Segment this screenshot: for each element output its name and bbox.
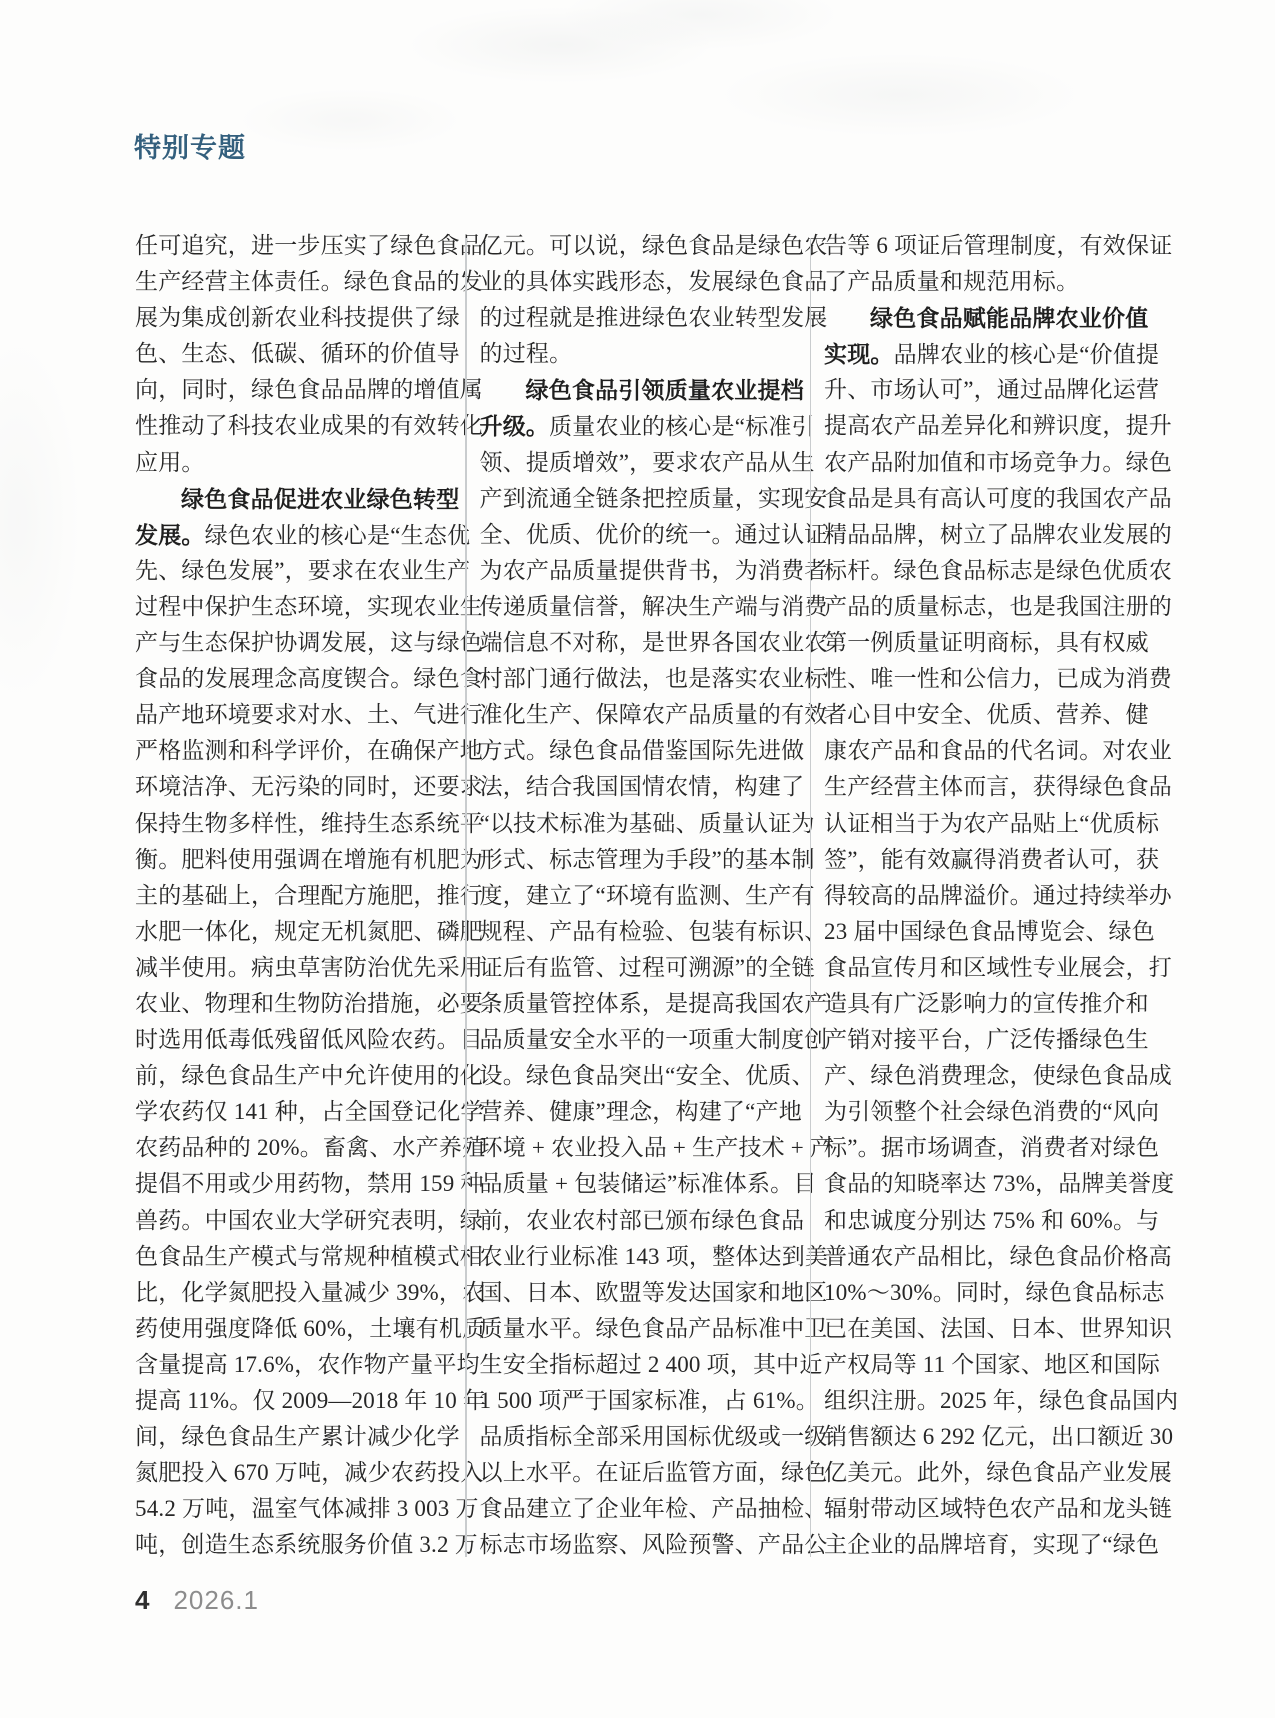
paragraph-lead: 绿色食品赋能品牌农业价值 <box>870 305 1148 331</box>
text-line: 54.2 万吨，温室气体减排 3 003 万 <box>135 1491 452 1527</box>
text-line: 环境 + 农业投入品 + 生产技术 + 产 <box>480 1130 797 1166</box>
text-line: 第一例质量证明商标，具有权威 <box>824 625 1141 661</box>
text-line: 形式、标志管理为手段”的基本制 <box>480 842 797 878</box>
text-line: 营养、健康”理念，构建了“产地 <box>480 1094 797 1130</box>
text-line: 绿色食品引领质量农业提档 <box>480 372 797 408</box>
text-line: 品质量安全水平的一项重大制度创 <box>480 1022 797 1058</box>
text-line: 的过程就是推进绿色农业转型发展 <box>480 300 797 336</box>
text-line: 比，化学氮肥投入量减少 39%，农 <box>135 1275 452 1311</box>
paragraph-lead: 升级。 <box>480 413 550 439</box>
text-line: 衡。肥料使用强调在增施有机肥为 <box>135 842 452 878</box>
text-line: 造具有广泛影响力的宣传推介和 <box>824 986 1141 1022</box>
text-line: 生产经营主体责任。绿色食品的发 <box>135 264 452 300</box>
text-line: 主企业的品牌培育，实现了“绿色 <box>824 1527 1141 1563</box>
text-line: 含量提高 17.6%，农作物产量平均 <box>135 1347 452 1383</box>
text-line: 康农产品和食品的代名词。对农业 <box>824 733 1141 769</box>
text-column: 亿元。可以说，绿色食品是绿色农业的具体实践形态，发展绿色食品的过程就是推进绿色农… <box>480 228 797 1563</box>
text-line: 提高 11%。仅 2009—2018 年 10 年 <box>135 1383 452 1419</box>
paragraph-lead: 绿色食品引领质量农业提档 <box>526 377 804 403</box>
text-line: 学农药仅 141 种，占全国登记化学 <box>135 1094 452 1130</box>
text-line: 农业、物理和生物防治措施，必要 <box>135 986 452 1022</box>
text-line: 任可追究，进一步压实了绿色食品 <box>135 228 452 264</box>
text-line: 减半使用。病虫草害防治优先采用 <box>135 950 452 986</box>
page-number: 4 <box>135 1585 149 1616</box>
text-line: 吨，创造生态系统服务价值 3.2 万 <box>135 1527 452 1563</box>
paragraph-lead: 绿色食品促进农业绿色转型 <box>181 486 459 512</box>
text-line: 产权局等 11 个国家、地区和国际 <box>824 1347 1141 1383</box>
article-body: 任可追究，进一步压实了绿色食品生产经营主体责任。绿色食品的发展为集成创新农业科技… <box>135 228 1141 1563</box>
text-line: 保持生物多样性，维持生态系统平 <box>135 806 452 842</box>
text-line: 性推动了科技农业成果的有效转化 <box>135 408 452 444</box>
text-line: 已在美国、法国、日本、世界知识 <box>824 1311 1141 1347</box>
paragraph-lead: 实现。 <box>824 341 894 367</box>
text-line: 升、市场认可”，通过品牌化运营 <box>824 372 1141 408</box>
text-line: 展为集成创新农业科技提供了绿 <box>135 300 452 336</box>
text-line: 色食品生产模式与常规种植模式相 <box>135 1239 452 1275</box>
text-line: 质量水平。绿色食品产品标准中卫 <box>480 1311 797 1347</box>
magazine-page: 特别专题 任可追究，进一步压实了绿色食品生产经营主体责任。绿色食品的发展为集成创… <box>0 0 1275 1718</box>
text-line: 产品的质量标志，也是我国注册的 <box>824 589 1141 625</box>
text-line: 告等 6 项证后管理制度，有效保证 <box>824 228 1141 264</box>
text-line: 食品宣传月和区域性专业展会，打 <box>824 950 1141 986</box>
text-line: 全、优质、优价的统一。通过认证 <box>480 517 797 553</box>
text-line: 度，建立了“环境有监测、生产有 <box>480 878 797 914</box>
text-column: 告等 6 项证后管理制度，有效保证了产品质量和规范用标。绿色食品赋能品牌农业价值… <box>824 228 1141 1563</box>
text-line: 性、唯一性和公信力，已成为消费 <box>824 661 1141 697</box>
text-line: 向，同时，绿色食品品牌的增值属 <box>135 372 452 408</box>
text-line: 业的具体实践形态，发展绿色食品 <box>480 264 797 300</box>
text-line: 为引领整个社会绿色消费的“风向 <box>824 1094 1141 1130</box>
paragraph-lead: 发展。 <box>135 522 205 548</box>
text-line: 证后有监管、过程可溯源”的全链 <box>480 950 797 986</box>
text-line: 得较高的品牌溢价。通过持续举办 <box>824 878 1141 914</box>
text-line: 方式。绿色食品借鉴国际先进做 <box>480 733 797 769</box>
text-line: 端信息不对称，是世界各国农业农 <box>480 625 797 661</box>
text-line: 前，绿色食品生产中允许使用的化 <box>135 1058 452 1094</box>
text-line: 食品的知晓率达 73%，品牌美誉度 <box>824 1166 1141 1202</box>
text-line: 者心目中安全、优质、营养、健 <box>824 697 1141 733</box>
text-line: 农药品种的 20%。畜禽、水产养殖 <box>135 1130 452 1166</box>
text-line: 兽药。中国农业大学研究表明，绿 <box>135 1203 452 1239</box>
text-line: 亿元。可以说，绿色食品是绿色农 <box>480 228 797 264</box>
text-line: 精品品牌，树立了品牌农业发展的 <box>824 517 1141 553</box>
text-line: 和忠诚度分别达 75% 和 60%。与 <box>824 1203 1141 1239</box>
text-line: “以技术标准为基础、质量认证为 <box>480 806 797 842</box>
section-header: 特别专题 <box>134 126 246 165</box>
issue-date: 2026.1 <box>173 1585 259 1616</box>
text-line: 以上水平。在证后监管方面，绿色 <box>480 1455 797 1491</box>
text-line: 的过程。 <box>480 336 797 372</box>
text-line: 为农产品质量提供背书，为消费者 <box>480 553 797 589</box>
text-line: 组织注册。2025 年，绿色食品国内 <box>824 1383 1141 1419</box>
text-line: 品产地环境要求对水、土、气进行 <box>135 697 452 733</box>
text-line: 条质量管控体系，是提高我国农产 <box>480 986 797 1022</box>
text-line: 过程中保护生态环境，实现农业生 <box>135 589 452 625</box>
text-line: 标”。据市场调查，消费者对绿色 <box>824 1130 1141 1166</box>
text-line: 10%～30%。同时，绿色食品标志 <box>824 1275 1141 1311</box>
text-line: 销售额达 6 292 亿元，出口额近 30 <box>824 1419 1141 1455</box>
text-line: 品质指标全部采用国标优级或一级 <box>480 1419 797 1455</box>
text-line: 准化生产、保障农产品质量的有效 <box>480 697 797 733</box>
text-line: 实现。品牌农业的核心是“价值提 <box>824 336 1141 372</box>
text-line: 主的基础上，合理配方施肥，推行 <box>135 878 452 914</box>
page-footer: 4 2026.1 <box>135 1585 259 1616</box>
text-line: 亿美元。此外，绿色食品产业发展 <box>824 1455 1141 1491</box>
text-line: 农产品附加值和市场竞争力。绿色 <box>824 445 1141 481</box>
text-line: 提倡不用或少用药物，禁用 159 种 <box>135 1166 452 1202</box>
text-line: 村部门通行做法，也是落实农业标 <box>480 661 797 697</box>
text-line: 产销对接平台，广泛传播绿色生 <box>824 1022 1141 1058</box>
text-line: 法，结合我国国情农情，构建了 <box>480 769 797 805</box>
text-line: 环境洁净、无污染的同时，还要求 <box>135 769 452 805</box>
text-line: 产、绿色消费理念，使绿色食品成 <box>824 1058 1141 1094</box>
text-line: 绿色食品赋能品牌农业价值 <box>824 300 1141 336</box>
text-line: 应用。 <box>135 445 452 481</box>
text-line: 绿色食品促进农业绿色转型 <box>135 481 452 517</box>
text-line: 食品的发展理念高度锲合。绿色食 <box>135 661 452 697</box>
text-line: 签”，能有效赢得消费者认可，获 <box>824 842 1141 878</box>
text-line: 规程、产品有检验、包装有标识、 <box>480 914 797 950</box>
text-line: 辐射带动区域特色农产品和龙头链 <box>824 1491 1141 1527</box>
text-line: 严格监测和科学评价，在确保产地 <box>135 733 452 769</box>
text-column: 任可追究，进一步压实了绿色食品生产经营主体责任。绿色食品的发展为集成创新农业科技… <box>135 228 452 1563</box>
text-line: 色、生态、低碳、循环的价值导 <box>135 336 452 372</box>
text-line: 设。绿色食品突出“安全、优质、 <box>480 1058 797 1094</box>
text-line: 标志市场监察、风险预警、产品公 <box>480 1527 797 1563</box>
text-line: 食品建立了企业年检、产品抽检、 <box>480 1491 797 1527</box>
text-line: 了产品质量和规范用标。 <box>824 264 1141 300</box>
text-line: 标杆。绿色食品标志是绿色优质农 <box>824 553 1141 589</box>
text-line: 产到流通全链条把控质量，实现安 <box>480 481 797 517</box>
text-line: 氮肥投入 670 万吨，减少农药投入 <box>135 1455 452 1491</box>
text-line: 1 500 项严于国家标准，占 61%。 <box>480 1383 797 1419</box>
text-line: 前，农业农村部已颁布绿色食品 <box>480 1203 797 1239</box>
column-divider <box>465 238 467 1557</box>
text-line: 药使用强度降低 60%，土壤有机质 <box>135 1311 452 1347</box>
text-line: 品质量 + 包装储运”标准体系。目 <box>480 1166 797 1202</box>
text-line: 时选用低毒低残留低风险农药。目 <box>135 1022 452 1058</box>
text-line: 食品是具有高认可度的我国农产品 <box>824 481 1141 517</box>
text-line: 先、绿色发展”，要求在农业生产 <box>135 553 452 589</box>
text-line: 认证相当于为农产品贴上“优质标 <box>824 806 1141 842</box>
text-line: 生产经营主体而言，获得绿色食品 <box>824 769 1141 805</box>
text-line: 23 届中国绿色食品博览会、绿色 <box>824 914 1141 950</box>
text-line: 发展。绿色农业的核心是“生态优 <box>135 517 452 553</box>
text-line: 提高农产品差异化和辨识度，提升 <box>824 408 1141 444</box>
text-line: 国、日本、欧盟等发达国家和地区 <box>480 1275 797 1311</box>
text-line: 间，绿色食品生产累计减少化学 <box>135 1419 452 1455</box>
column-divider <box>810 238 812 1557</box>
text-line: 升级。质量农业的核心是“标准引 <box>480 408 797 444</box>
text-line: 传递质量信誉，解决生产端与消费 <box>480 589 797 625</box>
text-line: 农业行业标准 143 项，整体达到美 <box>480 1239 797 1275</box>
text-line: 领、提质增效”，要求农产品从生 <box>480 445 797 481</box>
text-line: 水肥一体化，规定无机氮肥、磷肥 <box>135 914 452 950</box>
text-line: 产与生态保护协调发展，这与绿色 <box>135 625 452 661</box>
text-line: 普通农产品相比，绿色食品价格高 <box>824 1239 1141 1275</box>
text-line: 生安全指标超过 2 400 项，其中近 <box>480 1347 797 1383</box>
